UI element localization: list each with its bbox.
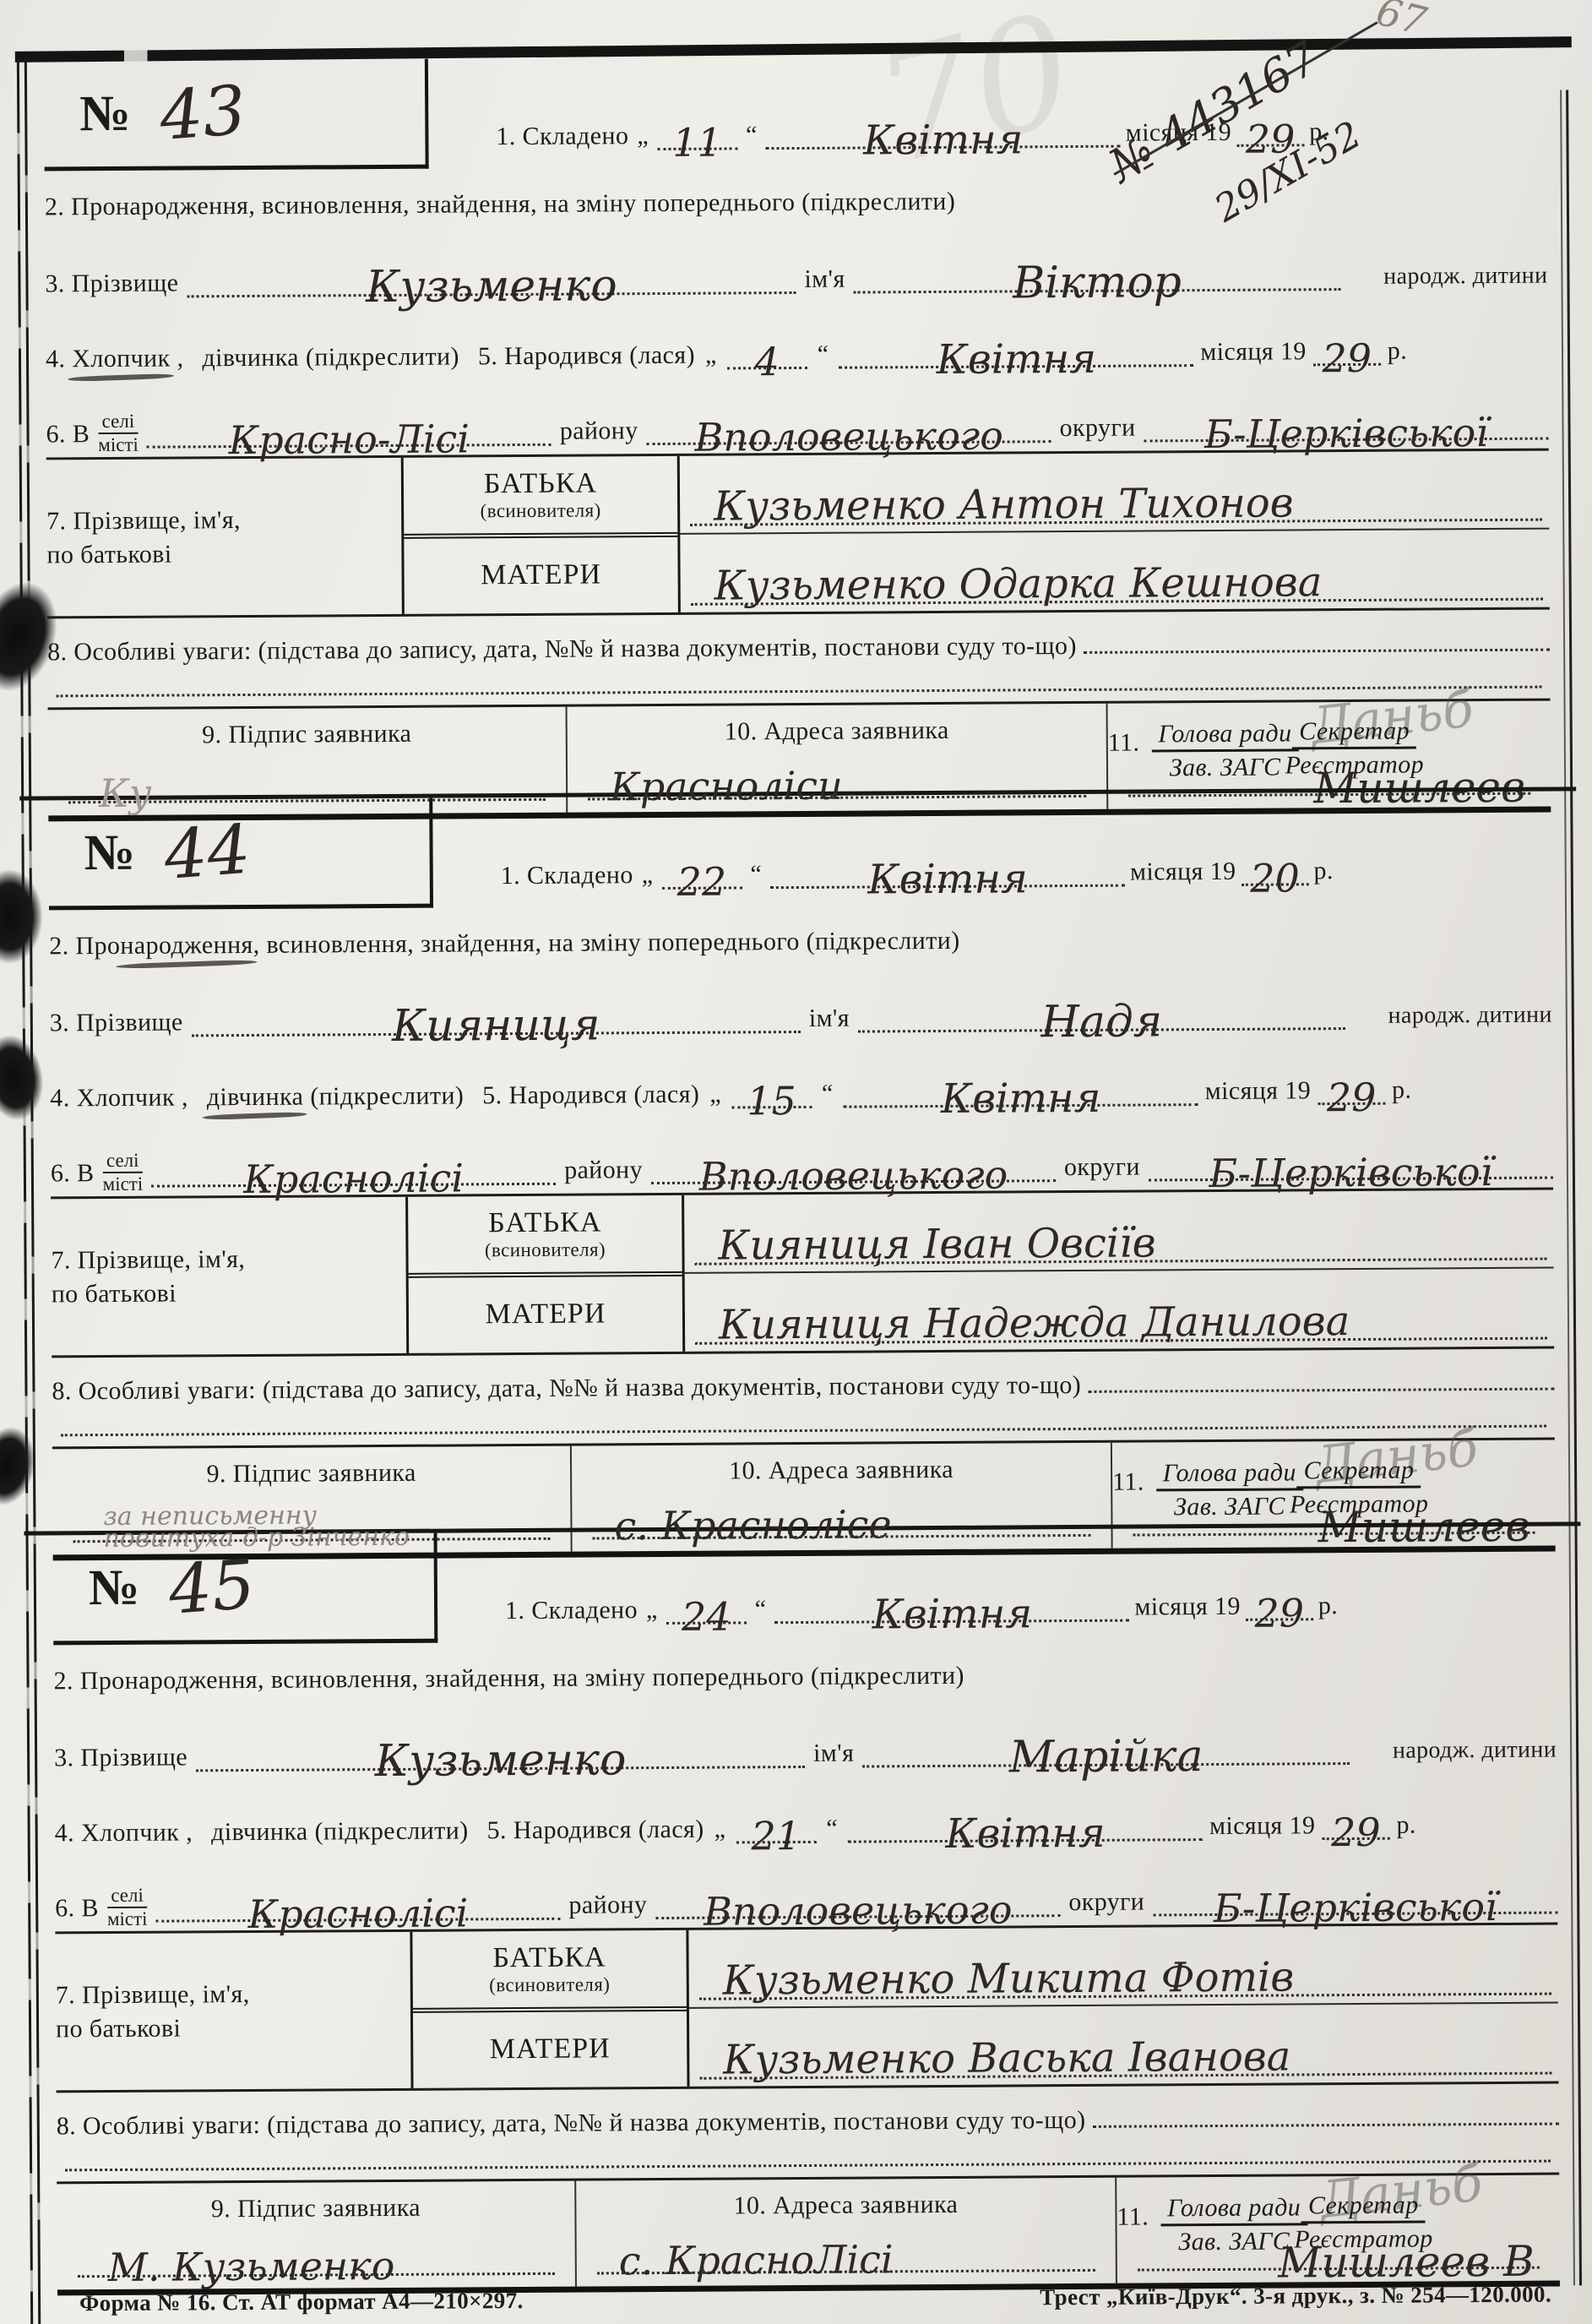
okruha-field: Б-Церківської — [1149, 1155, 1553, 1181]
record-header: № 44 1. Складено „ 22 “ Квітня місяця 19… — [48, 792, 1551, 911]
parents-label-line1: 7. Прізвище, ім'я, — [56, 1978, 410, 2010]
raion-handwritten: Вполовецького — [699, 1158, 1008, 1193]
numero-sign: № — [89, 1559, 140, 1617]
raion-field: Вполовецького — [647, 419, 1051, 445]
line2-pre: 2. Про — [45, 193, 116, 222]
mother-name-handwritten: Кузьменко Васька Іванова — [723, 2040, 1290, 2078]
composed-day-handwritten: 24 — [682, 1600, 731, 1633]
name-label: ім'я — [809, 1004, 850, 1033]
open-quote: „ — [642, 861, 654, 890]
open-quote: „ — [646, 1596, 658, 1625]
born-day-field: 21 — [736, 1820, 816, 1844]
father-name-cell: Кияниця Іван Овсіїв — [684, 1190, 1554, 1274]
father-label-cell: БАТЬКА (всиновителя) — [404, 456, 678, 538]
applicant-signature-line2: повитуха д-р Зінченко — [103, 1526, 410, 1549]
officials-number: 11. — [1117, 2203, 1149, 2232]
year-suffix: р. — [1313, 857, 1334, 885]
surname-field: Кузьменко — [187, 266, 796, 298]
month-year-label: місяця 19 — [1134, 1592, 1241, 1622]
open-quote: „ — [637, 122, 649, 150]
applicant-signature-line1: Ку — [99, 777, 152, 810]
name-field: Марійка — [862, 1737, 1350, 1768]
composed-year-handwritten: 29 — [1254, 1597, 1304, 1630]
in-label: 6. В — [55, 1894, 99, 1923]
birth-word: народження — [120, 931, 253, 961]
girl-word: дівчинка — [211, 1818, 308, 1848]
notes-label: 8. Особливі уваги: (підстава до запису, … — [52, 1371, 1081, 1406]
father-name-handwritten: Кияниця Іван Овсіїв — [718, 1226, 1155, 1263]
parents-block: 7. Прізвище, ім'я, по батькові БАТЬКА (в… — [55, 1925, 1558, 2093]
composed-year-field: 29 — [1246, 1597, 1313, 1621]
father-label: БАТЬКА — [492, 1941, 606, 1974]
village-city-fraction: селі місті — [107, 1885, 148, 1929]
place-handwritten: Краснолісі — [243, 1162, 464, 1196]
numero-sign: № — [84, 824, 135, 882]
pencil-corner-number: 67 — [1373, 0, 1429, 39]
parents-label-line2: по батькові — [56, 2012, 410, 2044]
raion-handwritten: Вполовецького — [694, 419, 1003, 454]
line2-post: , всиновлення, знайдення, на зміну попер… — [248, 188, 955, 220]
child-of-label: народж. дитини — [1354, 1002, 1552, 1030]
boy-word: Хлопчик — [77, 1084, 175, 1113]
parents-label: 7. Прізвище, ім'я, по батькові — [55, 1932, 410, 2091]
zags-manager-label: Зав. ЗАГС — [1170, 752, 1281, 782]
line4-number: 4. — [46, 345, 66, 373]
underline-hint: (підкреслити) — [306, 342, 459, 372]
records-container: № 43 1. Складено „ 11 “ Квітня місяця 19… — [15, 52, 1585, 2266]
parents-label: 7. Прізвище, ім'я, по батькові — [46, 458, 402, 617]
parent-names-column: Кузьменко Антон Тихонов Кузьменко Одарка… — [680, 451, 1550, 612]
line2-pre: 2. Про — [49, 932, 120, 961]
name-handwritten: Надя — [1041, 1003, 1162, 1041]
name-handwritten: Віктор — [1013, 264, 1182, 302]
born-year-handwritten: 29 — [1327, 1081, 1377, 1114]
village-option: селі — [107, 1885, 147, 1908]
adopter-sublabel: (всиновителя) — [489, 1973, 610, 1996]
child-of-label: народж. дитини — [1349, 263, 1547, 291]
secretary-label: Секретар — [1292, 717, 1416, 750]
underline-hint: (підкреслити) — [310, 1081, 464, 1111]
parents-label: 7. Прізвище, ім'я, по батькові — [51, 1197, 406, 1356]
record-type-line: 2. Про народження, всиновлення, знайденн… — [49, 901, 1551, 966]
applicant-signature-cell: 9. Підпис заявника М. Кузьменко — [57, 2181, 577, 2290]
close-quote: “ — [822, 1080, 834, 1108]
head-of-council-label: Голова ради — [1151, 719, 1298, 752]
footer-printer-imprint: Трест „Київ-Друк“. 3-я друк., з. № 254—1… — [1040, 2282, 1551, 2311]
okruha-handwritten: Б-Церківської — [1209, 1156, 1492, 1190]
special-notes-line: 8. Особливі уваги: (підстава до запису, … — [47, 610, 1551, 708]
surname-field: Кузьменко — [196, 1740, 805, 1772]
applicant-address-handwritten: Красноліси — [610, 770, 843, 804]
place-field: Красно-Лісі — [147, 422, 551, 449]
faint-pencil-number: 70 — [866, 4, 1084, 177]
surname-handwritten: Кузьменко — [375, 1741, 627, 1780]
father-name-cell: Кузьменко Микита Фотів — [688, 1925, 1558, 2009]
secretary-signature: Мишлеев В — [1278, 2243, 1535, 2280]
okruha-handwritten: Б-Церківської — [1214, 1891, 1497, 1925]
surname-label: 3. Прізвище — [45, 269, 178, 298]
born-day-field: 15 — [731, 1085, 812, 1109]
close-quote: “ — [818, 340, 829, 369]
raion-label: району — [568, 1891, 647, 1920]
close-quote: “ — [755, 1595, 767, 1624]
officials-number: 11. — [1112, 1468, 1144, 1497]
applicant-signature: за неписьменну повитуха д-р Зінченко — [103, 1505, 410, 1549]
applicant-signature: Ку — [99, 777, 152, 810]
head-of-council-fraction: Голова ради Зав. ЗАГС — [1151, 719, 1299, 781]
boy-word: Хлопчик — [81, 1819, 179, 1848]
footer-form-number: Форма № 16. Ст. АТ формат А4—210×297. — [79, 2288, 524, 2316]
adopter-sublabel: (всиновителя) — [481, 499, 601, 522]
special-notes-line: 8. Особливі уваги: (підстава до запису, … — [52, 1349, 1555, 1447]
surname-handwritten: Кияниця — [392, 1006, 600, 1045]
child-name-line: 3. Прізвище Кияниця ім'я Надя народж. ди… — [49, 957, 1552, 1042]
record-type-line: 2. Про народження, всиновлення, знайденн… — [53, 1636, 1556, 1701]
adopter-sublabel: (всиновителя) — [485, 1238, 606, 1261]
notes-label: 8. Особливі уваги: (підстава до запису, … — [47, 632, 1077, 667]
line4-number: 4. — [50, 1084, 70, 1113]
born-day-handwritten: 21 — [751, 1820, 801, 1853]
applicant-address-handwritten: с. КрасноЛісі — [619, 2243, 894, 2278]
composed-month-field: Квітня — [774, 1597, 1129, 1624]
parent-type-column: БАТЬКА (всиновителя) МАТЕРИ — [405, 1195, 685, 1353]
parent-type-column: БАТЬКА (всиновителя) МАТЕРИ — [401, 456, 681, 614]
father-name-handwritten: Кузьменко Микита Фотів — [723, 1960, 1295, 1998]
mother-name-handwritten: Кияниця Надежда Данилова — [719, 1304, 1350, 1342]
composed-day-handwritten: 11 — [672, 126, 722, 159]
parent-names-column: Кияниця Іван Овсіїв Кияниця Надежда Дани… — [684, 1190, 1554, 1352]
place-line: 6. В селі місті Краснолісі району Вполов… — [55, 1842, 1558, 1935]
raion-handwritten: Вполовецького — [704, 1893, 1013, 1928]
parents-block: 7. Прізвище, ім'я, по батькові БАТЬКА (в… — [51, 1190, 1554, 1358]
composed-day-field: 11 — [657, 126, 737, 150]
composed-line: 1. Складено „ 24 “ Квітня місяця 19 29 р… — [437, 1527, 1557, 1643]
sex-and-birthdate-line: 4. Хлопчик, дівчинка (підкреслити) 5. На… — [50, 1032, 1553, 1117]
father-label: БАТЬКА — [484, 467, 597, 500]
name-field: Надя — [858, 1002, 1345, 1033]
mother-label-cell: МАТЕРИ — [404, 536, 678, 613]
year-suffix: р. — [1392, 1076, 1412, 1105]
place-line: 6. В селі місті Красно-Лісі району Вполо… — [46, 368, 1549, 460]
applicant-address-handwritten: с. Краснолісе — [614, 1508, 891, 1543]
birth-word: народження — [116, 192, 249, 221]
father-name-handwritten: Кузьменко Антон Тихонов — [714, 486, 1294, 524]
born-year-handwritten: 29 — [1322, 342, 1372, 375]
born-year-field: 29 — [1318, 1081, 1385, 1106]
mother-label: МАТЕРИ — [481, 559, 601, 592]
birth-record: № 45 1. Складено „ 24 “ Квітня місяця 19… — [24, 1521, 1584, 2266]
born-month-handwritten: Квітня — [945, 1816, 1106, 1852]
okruha-label: округи — [1060, 414, 1136, 444]
village-city-fraction: селі місті — [102, 1150, 143, 1195]
officials-number: 11. — [1108, 729, 1140, 758]
numero-sign: № — [79, 84, 131, 143]
father-label-cell: БАТЬКА (всиновителя) — [408, 1195, 682, 1277]
zags-manager-label: Зав. ЗАГС — [1174, 1490, 1285, 1521]
line2-post: , всиновлення, знайдення, на зміну попер… — [258, 1662, 964, 1695]
name-label: ім'я — [804, 265, 845, 294]
open-quote: „ — [705, 341, 717, 370]
child-of-label: народж. дитини — [1358, 1737, 1557, 1765]
close-quote: “ — [826, 1815, 838, 1843]
village-city-fraction: селі місті — [98, 411, 139, 455]
sex-and-birthdate-line: 4. Хлопчик, дівчинка (підкреслити) 5. На… — [54, 1767, 1557, 1852]
comma: , — [186, 1818, 193, 1847]
year-suffix: р. — [1388, 337, 1408, 366]
open-quote: „ — [714, 1815, 725, 1844]
comma: , — [182, 1083, 188, 1112]
mother-label: МАТЕРИ — [485, 1298, 606, 1331]
applicant-signature-line1: М. Кузьменко — [108, 2250, 395, 2284]
child-name-line: 3. Прізвище Кузьменко ім'я Віктор народж… — [45, 218, 1548, 302]
applicant-signature-label: 9. Підпис заявника — [52, 1458, 570, 1490]
applicant-address-cell: 10. Адреса заявника с. КрасноЛісі — [576, 2178, 1117, 2287]
secretary-label: Секретар — [1296, 1456, 1421, 1489]
name-field: Віктор — [853, 263, 1340, 294]
head-of-council-label: Голова ради — [1160, 2193, 1307, 2226]
father-label: БАТЬКА — [488, 1206, 601, 1239]
zags-manager-label: Зав. ЗАГС — [1178, 2225, 1290, 2256]
place-field: Краснолісі — [155, 1897, 560, 1923]
officials-cell: 11. Голова ради Зав. ЗАГС Даньб Секретар… — [1117, 2175, 1560, 2283]
village-option: селі — [103, 1150, 143, 1173]
boy-word: Хлопчик — [72, 345, 170, 374]
composed-line: 1. Складено „ 22 “ Квітня місяця 19 20 р… — [432, 792, 1551, 908]
born-year-field: 29 — [1322, 1816, 1389, 1841]
parents-label-line2: по батькові — [46, 538, 401, 569]
line4-number: 4. — [55, 1819, 75, 1848]
parents-label-line1: 7. Прізвище, ім'я, — [46, 504, 401, 536]
birth-record: № 44 1. Складено „ 22 “ Квітня місяця 19… — [19, 786, 1580, 1531]
born-day-field: 4 — [727, 346, 807, 370]
father-name-cell: Кузьменко Антон Тихонов — [680, 451, 1550, 535]
father-label-cell: БАТЬКА (всиновителя) — [412, 1930, 687, 2012]
scanned-registry-page: { "labels": { "no_sign": "№", "composed_… — [0, 0, 1592, 2324]
notes-label: 8. Особливі уваги: (підстава до запису, … — [57, 2106, 1086, 2141]
comma: , — [177, 344, 183, 373]
raion-field: Вполовецького — [651, 1158, 1056, 1184]
record-number-handwritten: 43 — [158, 81, 248, 145]
born-year-field: 29 — [1313, 342, 1381, 367]
mother-name-handwritten: Кузьменко Одарка Кешнова — [714, 565, 1323, 603]
composed-month-handwritten: Квітня — [872, 1597, 1033, 1633]
line2-pre: 2. Про — [53, 1667, 124, 1696]
surname-label: 3. Прізвище — [54, 1743, 187, 1772]
child-name-line: 3. Прізвище Кузьменко ім'я Марійка народ… — [54, 1692, 1557, 1777]
surname-label: 3. Прізвище — [50, 1008, 183, 1037]
applicant-address-label: 10. Адреса заявника — [576, 2190, 1115, 2222]
mother-name-cell: Кузьменко Одарка Кешнова — [680, 529, 1550, 612]
place-line: 6. В селі місті Краснолісі району Вполов… — [50, 1108, 1553, 1200]
mother-label-cell: МАТЕРИ — [409, 1276, 683, 1352]
composed-label: 1. Складено — [496, 122, 628, 151]
mother-name-cell: Кияниця Надежда Данилова — [685, 1268, 1555, 1352]
composed-day-field: 22 — [661, 865, 742, 890]
born-day-handwritten: 4 — [754, 346, 780, 378]
applicant-signature: М. Кузьменко — [108, 2250, 395, 2284]
composed-month-field: Квітня — [770, 862, 1125, 889]
in-label: 6. В — [46, 420, 90, 449]
name-handwritten: Марійка — [1009, 1738, 1204, 1777]
applicant-signature-label: 9. Підпис заявника — [48, 719, 566, 751]
born-month-field: Квітня — [844, 1080, 1198, 1108]
raion-label: району — [560, 416, 638, 446]
notes-dotted-line — [1092, 2098, 1559, 2128]
parents-block: 7. Прізвище, ім'я, по батькові БАТЬКА (в… — [46, 451, 1550, 619]
sex-and-birthdate-line: 4. Хлопчик, дівчинка (підкреслити) 5. На… — [46, 293, 1549, 378]
head-of-council-label: Голова ради — [1156, 1458, 1303, 1491]
record-number-box: № 43 — [44, 59, 429, 171]
parent-names-column: Кузьменко Микита Фотів Кузьменко Васька … — [688, 1925, 1558, 2087]
place-handwritten: Красно-Лісі — [229, 422, 470, 457]
parent-type-column: БАТЬКА (всиновителя) МАТЕРИ — [410, 1930, 689, 2088]
year-suffix: р. — [1396, 1811, 1416, 1840]
special-notes-line: 8. Особливі уваги: (підстава до запису, … — [57, 2084, 1560, 2182]
born-day-handwritten: 15 — [747, 1085, 796, 1118]
okruha-handwritten: Б-Церківської — [1204, 416, 1488, 451]
city-option: місті — [98, 434, 139, 455]
surname-field: Кияниця — [192, 1005, 801, 1037]
line2-post: , всиновлення, знайдення, на зміну попер… — [253, 927, 960, 960]
month-year-label: місяця 19 — [1209, 1811, 1316, 1841]
born-label: 5. Народився (лася) — [478, 341, 695, 372]
composed-month-handwritten: Квітня — [867, 863, 1028, 898]
place-field: Краснолісі — [151, 1162, 556, 1188]
born-year-handwritten: 29 — [1331, 1816, 1381, 1849]
born-label: 5. Народився (лася) — [486, 1815, 704, 1846]
close-quote: “ — [750, 860, 762, 889]
notes-dotted-line — [1088, 1363, 1555, 1393]
mother-name-cell: Кузьменко Васька Іванова — [689, 2003, 1559, 2087]
record-number-handwritten: 45 — [166, 1555, 257, 1619]
born-month-handwritten: Квітня — [941, 1081, 1101, 1117]
birth-word: народження — [125, 1666, 258, 1695]
composed-label: 1. Складено — [501, 861, 633, 890]
raion-label: району — [564, 1156, 643, 1185]
okruha-field: Б-Церківської — [1153, 1890, 1557, 1916]
underline-hint: (підкреслити) — [314, 1816, 468, 1846]
composed-year-field: 20 — [1241, 862, 1308, 886]
raion-field: Вполовецького — [655, 1893, 1060, 1919]
applicant-address-label: 10. Адреса заявника — [568, 716, 1106, 748]
signature-block: 9. Підпис заявника М. Кузьменко 10. Адре… — [57, 2173, 1560, 2296]
girl-word: дівчинка — [202, 344, 299, 373]
head-of-council-fraction: Голова ради Зав. ЗАГС — [1156, 1458, 1304, 1521]
paper-damage-spot — [0, 870, 42, 963]
notes-dotted-line — [1084, 623, 1551, 654]
okruha-label: округи — [1064, 1153, 1140, 1183]
close-quote: “ — [746, 121, 758, 150]
city-option: місті — [107, 1908, 148, 1929]
city-option: місті — [103, 1173, 144, 1195]
composed-day-handwritten: 22 — [677, 865, 727, 898]
born-month-field: Квітня — [848, 1815, 1203, 1842]
composed-year-handwritten: 20 — [1250, 862, 1300, 895]
surname-handwritten: Кузьменко — [366, 267, 617, 306]
born-month-handwritten: Квітня — [937, 342, 1097, 378]
composed-label: 1. Складено — [505, 1596, 638, 1625]
girl-word: дівчинка — [207, 1083, 304, 1113]
born-label: 5. Народився (лася) — [482, 1080, 699, 1111]
village-option: селі — [99, 411, 139, 433]
okruha-label: округи — [1068, 1888, 1144, 1918]
year-suffix: р. — [1318, 1592, 1339, 1620]
form-sheet: № 43 1. Складено „ 11 “ Квітня місяця 19… — [15, 39, 1585, 2324]
record-number-handwritten: 44 — [162, 820, 253, 884]
open-quote: „ — [709, 1080, 721, 1109]
parents-label-line1: 7. Прізвище, ім'я, — [51, 1244, 405, 1275]
mother-label-cell: МАТЕРИ — [413, 2011, 687, 2087]
applicant-address-label: 10. Адреса заявника — [572, 1455, 1111, 1487]
month-year-label: місяця 19 — [1130, 857, 1236, 887]
applicant-signature-label: 9. Підпис заявника — [57, 2193, 574, 2225]
month-year-label: місяця 19 — [1200, 337, 1307, 367]
in-label: 6. В — [51, 1159, 95, 1188]
born-month-field: Квітня — [839, 341, 1193, 368]
month-year-label: місяця 19 — [1205, 1076, 1312, 1106]
okruha-field: Б-Церківської — [1144, 416, 1548, 442]
name-label: ім'я — [813, 1739, 854, 1768]
secretary-label: Секретар — [1301, 2191, 1426, 2224]
mother-label: МАТЕРИ — [490, 2033, 611, 2066]
parents-label-line2: по батькові — [52, 1277, 406, 1309]
composed-day-field: 24 — [666, 1600, 747, 1625]
place-handwritten: Краснолісі — [248, 1897, 469, 1931]
